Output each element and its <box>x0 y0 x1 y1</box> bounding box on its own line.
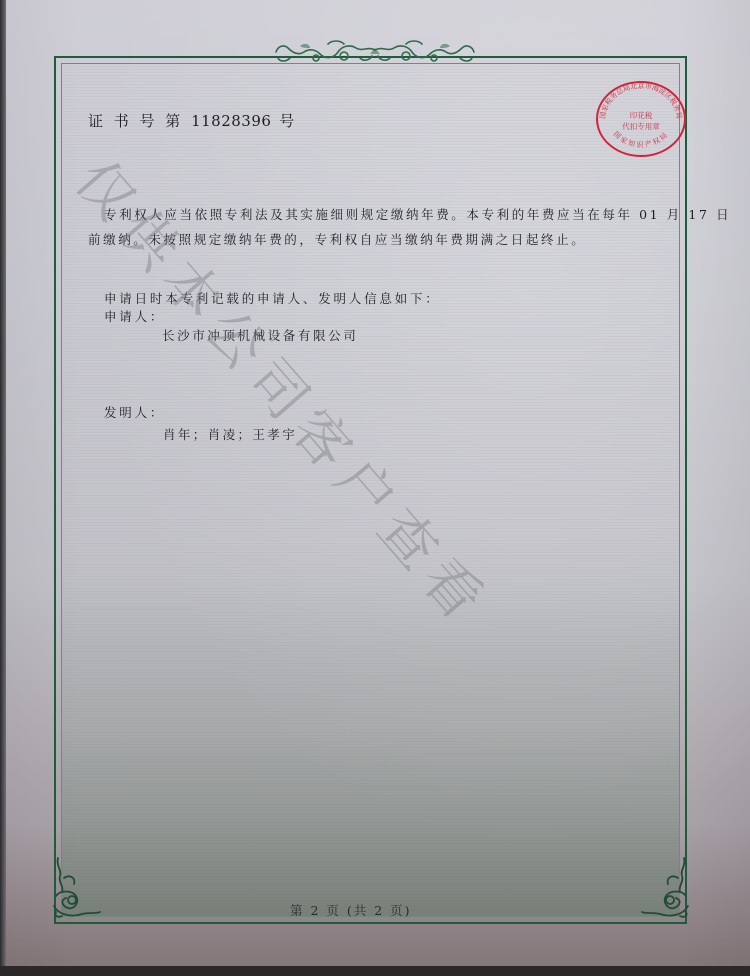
applicant-label: 申请人： <box>104 307 165 325</box>
inventor-label: 发明人： <box>104 403 165 421</box>
svg-text:印花税: 印花税 <box>630 110 653 120</box>
certificate-number-line: 证 书 号 第 11828396 号 <box>88 110 297 131</box>
fee-paragraph-line-2: 前缴纳。未按照规定缴纳年费的，专利权自应当缴纳年费期满之日起终止。 <box>88 230 586 248</box>
certificate-number: 11828396 <box>191 112 271 130</box>
top-scroll-ornament-icon <box>270 38 480 68</box>
fee-paragraph-line-1: 专利权人应当依照专利法及其实施细则规定缴纳年费。本专利的年费应当在每年 01 月… <box>104 205 731 223</box>
page-footer: 第 2 页 (共 2 页) <box>290 901 412 919</box>
corner-ornament-bottom-right-icon <box>640 856 692 920</box>
inventor-names: 肖年；肖凌；王孝宇 <box>163 425 297 443</box>
photo-bottom-edge <box>0 966 750 976</box>
svg-text:国家知识产权局: 国家知识产权局 <box>612 129 671 149</box>
certificate-number-suffix: 号 <box>279 112 297 130</box>
info-intro: 申请日时本专利记载的申请人、发明人信息如下： <box>104 289 441 307</box>
frame-inner-border <box>61 63 680 917</box>
svg-text:代扣专用章: 代扣专用章 <box>622 121 660 131</box>
corner-ornament-bottom-left-icon <box>50 856 102 920</box>
photo-background: 证 书 号 第 11828396 号 国家税务总局北京市海淀区税务局 印花税 代… <box>0 0 750 976</box>
tax-stamp-seal: 国家税务总局北京市海淀区税务局 印花税 代扣专用章 国家知识产权局 <box>589 76 693 158</box>
certificate-number-label: 证 书 号 第 <box>88 112 183 130</box>
applicant-name: 长沙市冲顶机械设备有限公司 <box>162 326 358 344</box>
